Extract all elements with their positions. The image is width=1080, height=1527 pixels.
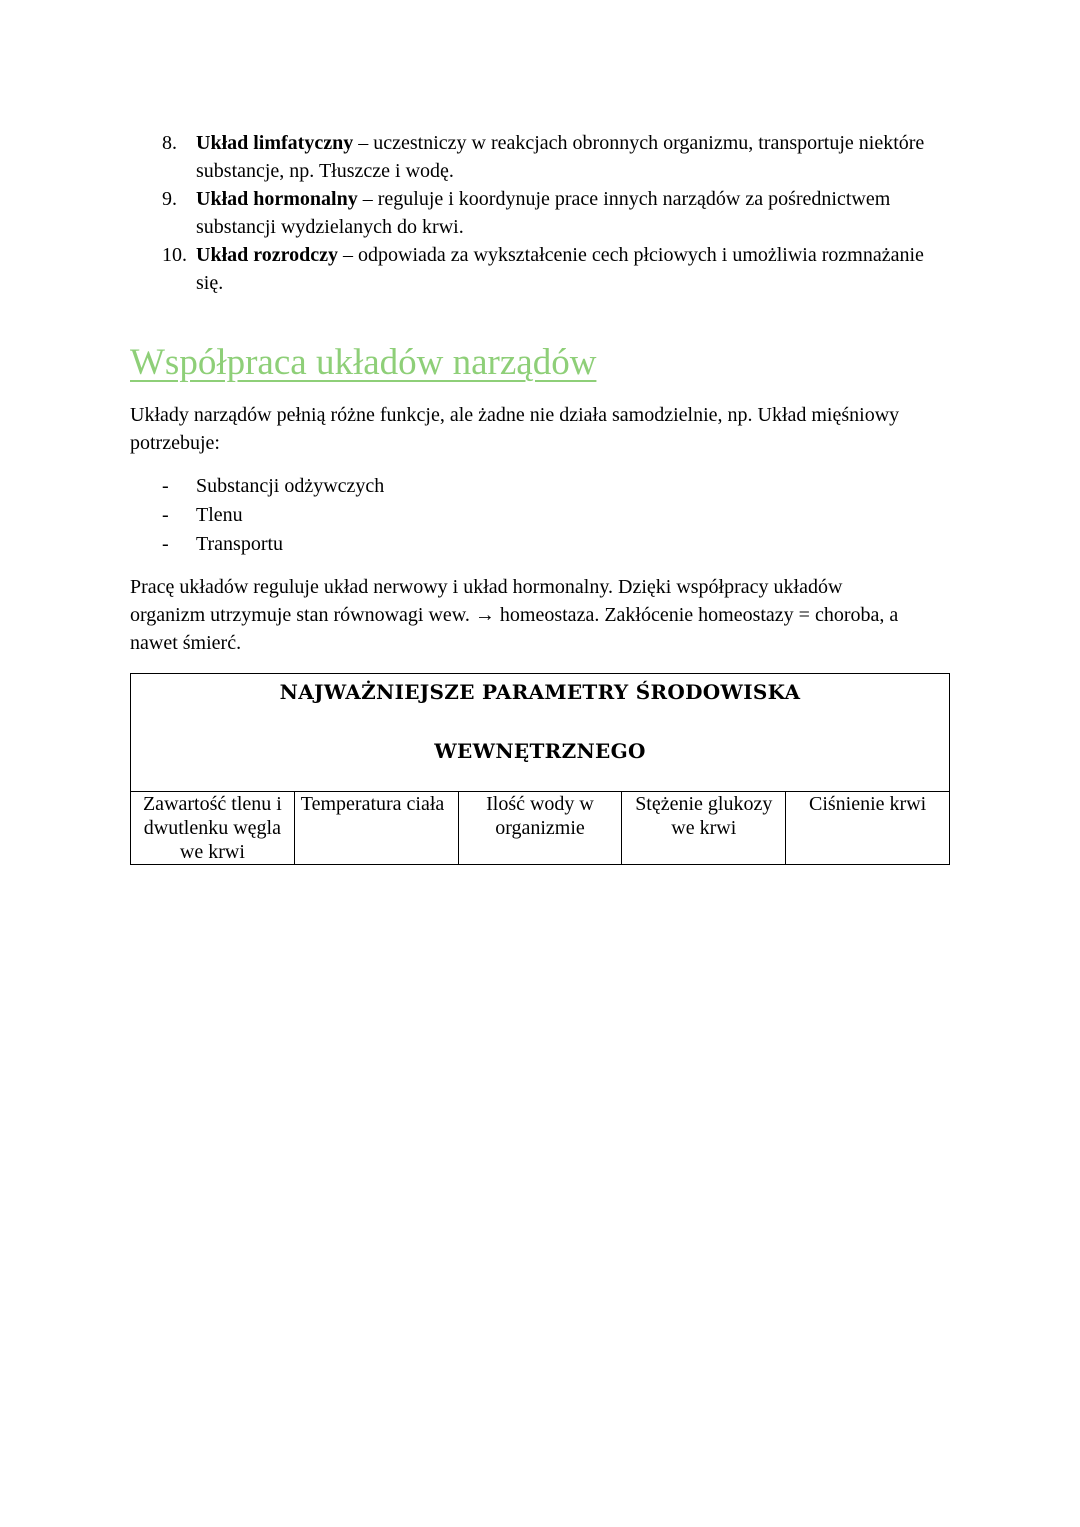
organ-systems-list: 8. Układ limfatyczny – uczestniczy w rea… [130,129,930,297]
list-item: - Transportu [130,530,384,559]
table-cell-blood-pressure: Ciśnienie krwi [786,792,950,865]
summary-paragraph: Pracę układów reguluje układ nerwowy i u… [130,573,920,657]
intro-paragraph: Układy narządów pełnią różne funkcje, al… [130,401,920,457]
list-term: Układ limfatyczny [196,132,353,154]
table-title-row: NAJWAŻNIEJSZE PARAMETRY ŚRODOWISKA WEWNĘ… [131,674,950,792]
parameters-table: NAJWAŻNIEJSZE PARAMETRY ŚRODOWISKA WEWNĘ… [130,673,950,865]
list-text: Substancji odżywczych [196,475,384,497]
section-heading: Współpraca układów narządów [130,340,596,386]
document-page: 8. Układ limfatyczny – uczestniczy w rea… [0,0,1080,1527]
list-item: 10. Układ rozrodczy – odpowiada za wyksz… [130,241,930,297]
table-cell-glucose: Stężenie glukozy we krwi [622,792,786,865]
list-number: 8. [162,129,177,157]
table-cell-oxygen-co2: Zawartość tlenu i dwutlenku węgla we krw… [131,792,295,865]
list-text: Tlenu [196,504,243,526]
list-item: 8. Układ limfatyczny – uczestniczy w rea… [130,129,930,185]
list-text: Transportu [196,533,283,555]
needs-list: - Substancji odżywczych - Tlenu - Transp… [130,472,384,559]
table-title: NAJWAŻNIEJSZE PARAMETRY ŚRODOWISKA WEWNĘ… [131,674,950,792]
list-number: 9. [162,185,177,213]
dash-bullet: - [162,472,169,501]
list-term: Układ rozrodczy [196,244,338,266]
list-term: Układ hormonalny [196,188,358,210]
list-item: - Tlenu [130,501,384,530]
dash-bullet: - [162,501,169,530]
table-cell-water: Ilość wody w organizmie [458,792,622,865]
table-title-line-1: NAJWAŻNIEJSZE PARAMETRY ŚRODOWISKA [131,677,949,707]
list-item: 9. Układ hormonalny – reguluje i koordyn… [130,185,930,241]
dash-bullet: - [162,530,169,559]
table-row: Zawartość tlenu i dwutlenku węgla we krw… [131,792,950,865]
table-title-line-2: WEWNĘTRZNEGO [131,736,949,766]
table-cell-temperature: Temperatura ciała [294,792,458,865]
list-item: - Substancji odżywczych [130,472,384,501]
list-number: 10. [162,241,187,269]
